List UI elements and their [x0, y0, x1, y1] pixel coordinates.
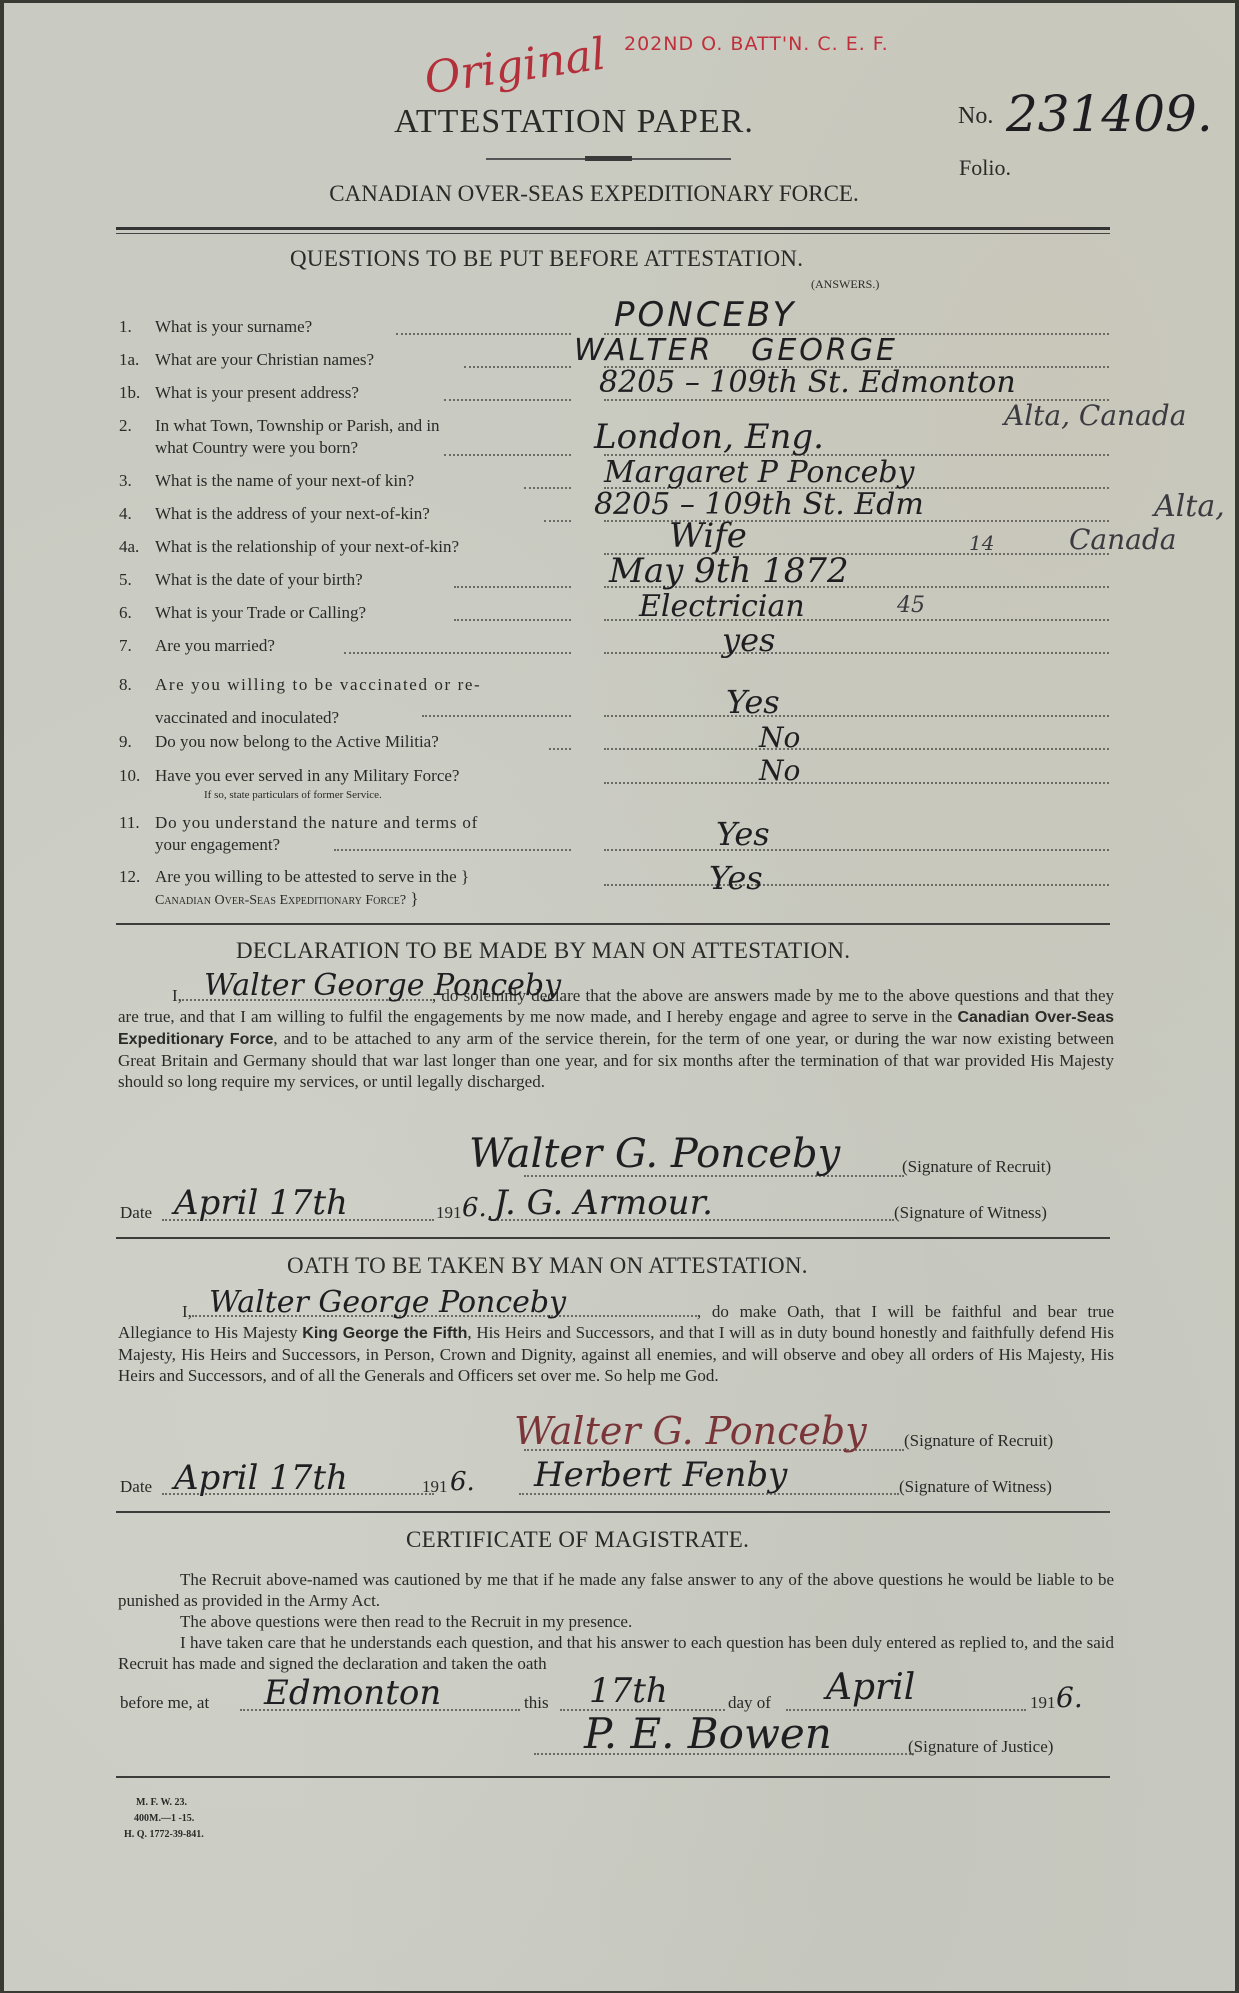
- answer-present-address-cont: Alta, Canada: [1004, 399, 1186, 432]
- answer-relationship-cont: Canada: [1069, 523, 1176, 556]
- question-3: 3.What is the name of your next-of kin?: [119, 470, 414, 492]
- question-dots: [444, 454, 571, 456]
- question-4: 4.What is the address of your next-of-ki…: [119, 503, 430, 525]
- oath-recruit-signature: Walter G. Ponceby: [514, 1409, 867, 1453]
- section-divider: [116, 1776, 1110, 1778]
- folio-label: Folio.: [959, 155, 1011, 181]
- answer-next-of-kin-address-cont: Alta,: [1154, 489, 1225, 524]
- answer-next-of-kin-name: Margaret P Ponceby: [604, 455, 915, 490]
- magistrate-para-2: The above questions were then read to th…: [118, 1611, 1114, 1632]
- magistrate-para-1: The Recruit above-named was cautioned by…: [118, 1569, 1114, 1611]
- question-1b: 1b.What is your present address?: [119, 382, 359, 404]
- section-divider: [116, 923, 1110, 925]
- year-suffix: 6.: [450, 1467, 475, 1497]
- justice-signature: P. E. Bowen: [584, 1709, 832, 1758]
- this-label: this: [524, 1693, 549, 1713]
- answer-birthplace: London, Eng.: [594, 417, 824, 457]
- recruit-signature-label: (Signature of Recruit): [904, 1431, 1053, 1451]
- oath-date: April 17th: [174, 1458, 348, 1498]
- document-subtitle: CANADIAN OVER-SEAS EXPEDITIONARY FORCE.: [244, 181, 944, 207]
- answer-date-of-birth: May 9th 1872: [609, 551, 849, 591]
- question-6: 6.What is your Trade or Calling?: [119, 602, 366, 624]
- document-title: ATTESTATION PAPER.: [264, 103, 884, 141]
- date-label: Date: [120, 1477, 152, 1497]
- answer-line: [604, 884, 1109, 886]
- question-dots: [549, 748, 571, 750]
- year-suffix: 6.: [462, 1193, 487, 1223]
- form-number: M. F. W. 23.: [124, 1795, 204, 1811]
- question-9: 9.Do you now belong to the Active Militi…: [119, 731, 439, 753]
- answer-married: yes: [722, 621, 775, 659]
- answer-next-of-kin-address: 8205 – 109th St. Edm: [594, 487, 924, 522]
- title-ornament-center: [585, 156, 632, 161]
- declaration-witness-signature: J. G. Armour.: [494, 1183, 713, 1223]
- answer-active-militia: No: [759, 721, 800, 754]
- answer-understand-terms: Yes: [716, 815, 770, 853]
- magistrate-para-3: I have taken care that he understands ea…: [118, 1632, 1114, 1674]
- question-dots: [524, 487, 571, 489]
- magistrate-day: 17th: [589, 1671, 668, 1711]
- question-dots: [544, 520, 571, 522]
- answer-trade: Electrician: [639, 589, 805, 624]
- question-10-note: If so, state particulars of former Servi…: [204, 789, 382, 801]
- question-4a: 4a.What is the relationship of your next…: [119, 536, 459, 558]
- question-dots: [444, 399, 571, 401]
- magistrate-heading: CERTIFICATE OF MAGISTRATE.: [406, 1527, 749, 1553]
- answer-line: [604, 849, 1109, 851]
- form-reference: M. F. W. 23. 400M.—1 -15. H. Q. 1772-39-…: [124, 1795, 204, 1843]
- question-5: 5.What is the date of your birth?: [119, 569, 363, 591]
- year-prefix: 191: [1030, 1693, 1056, 1713]
- hq-reference: H. Q. 1772-39-841.: [124, 1827, 204, 1843]
- question-1: 1.What is your surname?: [119, 316, 312, 338]
- before-me-label: before me, at: [120, 1693, 209, 1713]
- answer-present-address: 8205 – 109th St. Edmonton: [599, 365, 1016, 400]
- answers-label: (ANSWERS.): [811, 277, 879, 292]
- header-rule-thin: [116, 233, 1110, 234]
- year-suffix: 6.: [1056, 1681, 1083, 1714]
- battalion-stamp: 202ND O. BATT'N. C. E. F.: [624, 33, 889, 55]
- question-1a: 1a.What are your Christian names?: [119, 349, 374, 371]
- question-dots: [464, 366, 571, 368]
- year-prefix: 191: [422, 1477, 448, 1497]
- answer-relationship: Wife: [669, 516, 747, 556]
- question-dots: [422, 715, 571, 717]
- question-dots: [454, 619, 571, 621]
- answer-trade-note: 45: [897, 593, 925, 618]
- oath-recruit-name: Walter George Ponceby: [209, 1285, 566, 1320]
- oath-witness-signature: Herbert Fenby: [534, 1455, 787, 1495]
- answer-line: [604, 652, 1109, 654]
- question-2: 2.In what Town, Township or Parish, and …: [119, 415, 440, 459]
- section-divider: [116, 1237, 1110, 1239]
- declaration-recruit-signature: Walter G. Ponceby: [469, 1131, 840, 1177]
- witness-signature-label: (Signature of Witness): [894, 1203, 1047, 1223]
- print-run: 400M.—1 -15.: [124, 1811, 204, 1827]
- witness-signature-label: (Signature of Witness): [899, 1477, 1052, 1497]
- answer-line: [604, 782, 1109, 784]
- question-12: 12.Are you willing to be attested to ser…: [119, 866, 469, 912]
- magistrate-place: Edmonton: [264, 1673, 441, 1713]
- answer-surname: PONCEBY: [614, 295, 796, 335]
- question-8: 8.Are you willing to be vaccinated or re…: [119, 668, 481, 734]
- answer-relationship-note: 14: [969, 531, 994, 555]
- regimental-number: 231409.: [1006, 85, 1213, 143]
- answer-line: [604, 748, 1109, 750]
- declaration-recruit-name: Walter George Ponceby: [204, 968, 561, 1003]
- number-label: No.: [958, 103, 993, 130]
- question-dots: [334, 849, 571, 851]
- year-prefix: 191: [436, 1203, 462, 1223]
- answer-christian-names: WALTER GEORGE: [574, 333, 898, 368]
- question-10: 10.Have you ever served in any Military …: [119, 765, 459, 787]
- answer-military-service: No: [759, 754, 800, 787]
- section-divider: [116, 1511, 1110, 1513]
- justice-signature-label: (Signature of Justice): [908, 1737, 1053, 1757]
- answer-vaccinated: Yes: [726, 683, 780, 721]
- header-rule: [116, 227, 1110, 230]
- magistrate-month: April: [826, 1667, 915, 1708]
- question-7: 7.Are you married?: [119, 635, 275, 657]
- date-label: Date: [120, 1203, 152, 1223]
- declaration-date: April 17th: [174, 1183, 348, 1223]
- answer-line: [604, 715, 1109, 717]
- declaration-heading: DECLARATION TO BE MADE BY MAN ON ATTESTA…: [236, 938, 850, 964]
- original-annotation: Original: [421, 29, 608, 105]
- question-dots: [396, 333, 571, 335]
- recruit-signature-label: (Signature of Recruit): [902, 1157, 1051, 1177]
- answer-willing-to-serve: Yes: [709, 859, 763, 897]
- question-dots: [454, 586, 571, 588]
- oath-heading: OATH TO BE TAKEN BY MAN ON ATTESTATION.: [287, 1253, 808, 1279]
- questions-heading: QUESTIONS TO BE PUT BEFORE ATTESTATION.: [290, 246, 803, 272]
- attestation-paper: Original 202ND O. BATT'N. C. E. F. ATTES…: [4, 3, 1235, 1991]
- question-dots: [344, 652, 571, 654]
